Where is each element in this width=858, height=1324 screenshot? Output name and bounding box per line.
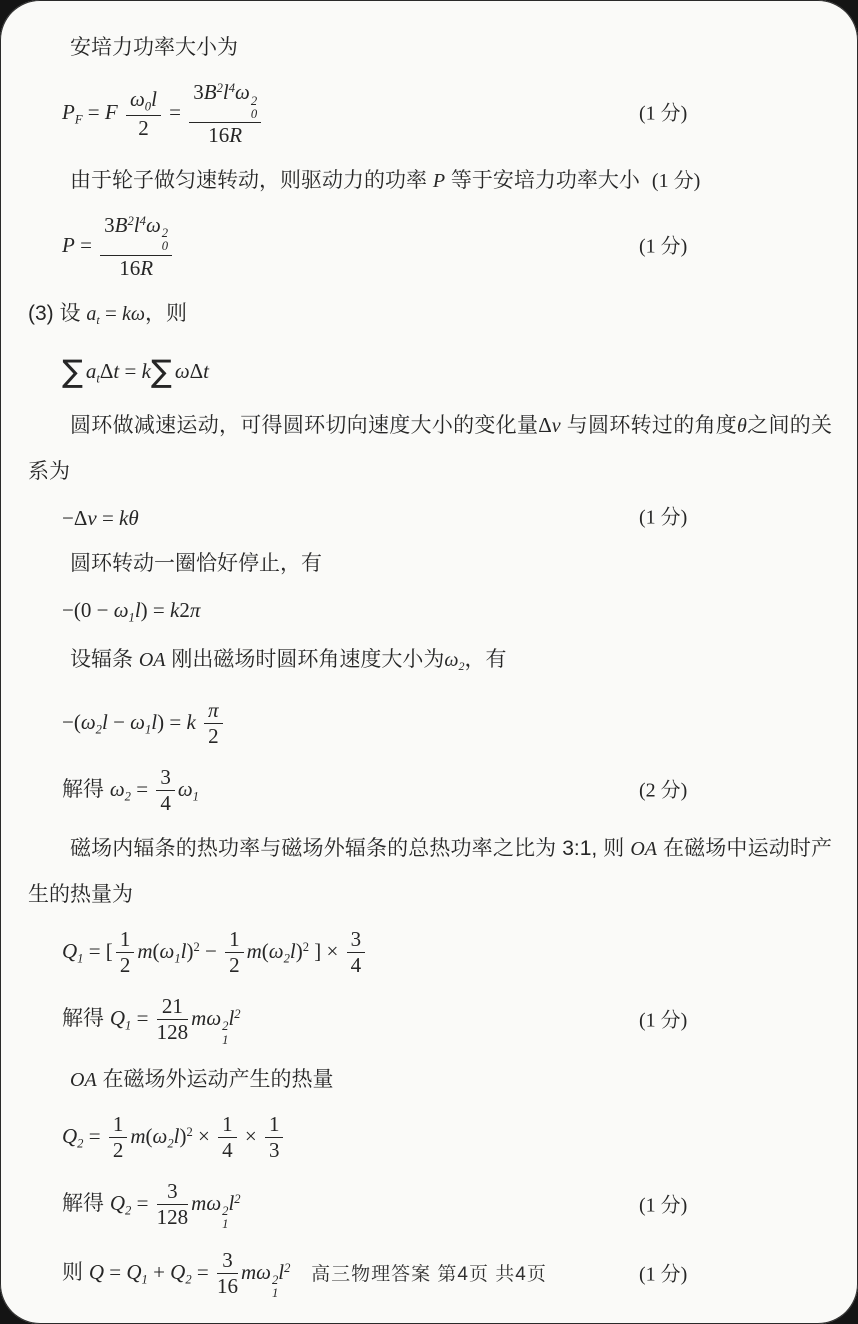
text-run: 解得 <box>62 1007 110 1030</box>
fraction: ω0l2 <box>126 88 161 140</box>
math-run: −Δ <box>62 506 87 530</box>
math-run: = <box>164 100 186 124</box>
math-run: Δ <box>190 359 204 383</box>
math-var: at <box>86 359 100 383</box>
math-var: m <box>130 1124 145 1148</box>
math-var: B2 <box>204 80 223 104</box>
score-badge: (1 分) <box>639 506 687 531</box>
score-badge: (1 分) <box>639 1008 687 1033</box>
math-var: Q2 <box>110 1191 131 1215</box>
math-var: m <box>191 1191 206 1215</box>
math-run: 3 <box>193 80 204 104</box>
math-run: 1 <box>222 1112 233 1136</box>
text-run: 刚出磁场时圆环角速度大小为 <box>166 648 445 671</box>
text-run: 在磁场外运动产生的热量 <box>97 1068 334 1091</box>
formula-line: 解得 Q1 = 21128mω21l2(1 分) <box>62 988 832 1054</box>
math-run: 2 <box>138 116 149 140</box>
math-run: − <box>200 939 222 963</box>
text-run: 解得 <box>62 778 110 801</box>
math-var: kω <box>122 303 145 325</box>
math-run: 4 <box>351 953 362 977</box>
math-var: ω <box>175 359 190 383</box>
fraction: π2 <box>204 699 223 749</box>
math-var: Q2 <box>62 1124 83 1148</box>
math-run: = <box>119 359 141 383</box>
text-line: 圆环做减速运动，可得圆环切向速度大小的变化量Δv 与圆环转过的角度θ之间的关系为 <box>28 402 832 495</box>
math-run: = <box>75 233 97 257</box>
page-footer: 高三物理答案 第4页 共4页 <box>0 1259 858 1286</box>
math-var: θ <box>737 415 747 437</box>
math-run: = <box>131 1191 153 1215</box>
math-var: ω2 <box>152 1124 173 1148</box>
math-run: 128 <box>157 1205 189 1229</box>
text-run: 圆环转动一圈恰好停止，有 <box>70 552 322 575</box>
math-run: × <box>193 1124 215 1148</box>
math-var: PF <box>62 100 83 124</box>
math-run: )2 <box>179 1124 192 1148</box>
answer-content: 安培力功率大小为PF = F ω0l2 = 3B2l4ω2016R(1 分)由于… <box>28 22 832 1311</box>
math-run: 2 <box>120 953 131 977</box>
math-var: ω1 <box>159 939 180 963</box>
math-run: 3 <box>104 213 115 237</box>
math-var: ω2 <box>444 649 464 671</box>
math-run: 3 <box>167 1179 178 1203</box>
math-run: 128 <box>157 1020 189 1044</box>
text-run: 设辐条 <box>70 648 139 671</box>
math-run: ] × <box>309 939 344 963</box>
math-var: v <box>87 506 96 530</box>
math-var: m <box>137 939 152 963</box>
formula-line: −Δv = kθ(1 分) <box>62 498 832 538</box>
fraction: 3B2l4ω2016R <box>189 81 261 148</box>
formula-line: Q1 = [12m(ω1l)2 − 12m(ω2l)2 ] × 34 <box>62 921 832 985</box>
math-var: ω21 <box>206 1191 228 1215</box>
math-run: 1 <box>120 927 131 951</box>
math-var: Q1 <box>62 939 83 963</box>
score-badge: (1 分) <box>639 1193 687 1218</box>
text-run: 与圆环转过的角度 <box>561 414 737 437</box>
text-run: 磁场内辐条的热功率与磁场外辐条的总热功率之比为 3:1, 则 <box>70 837 630 860</box>
math-var: ω20 <box>146 213 168 237</box>
math-run: 2 <box>208 724 219 748</box>
formula-line: −(0 − ω1l) = k2π <box>62 590 832 633</box>
math-run: = <box>83 1124 105 1148</box>
math-run: 4 <box>222 1138 233 1162</box>
math-run: −( <box>62 710 81 734</box>
math-var: k <box>186 710 201 734</box>
math-run: 2 <box>179 598 190 622</box>
math-var: l4 <box>134 213 146 237</box>
fraction: 3B2l4ω2016R <box>100 214 172 281</box>
math-run: 16 <box>208 123 229 147</box>
math-run: 1 <box>113 1112 124 1136</box>
math-var: t <box>203 359 209 383</box>
math-run: 21 <box>162 994 183 1018</box>
math-run: Δ <box>538 413 552 437</box>
math-var: l2 <box>228 1006 240 1030</box>
formula-line: ∑atΔt = k∑ωΔt <box>62 346 832 399</box>
text-line: 安培力功率大小为 <box>28 25 832 71</box>
math-run: 16 <box>119 256 140 280</box>
text-line: 由于轮子做匀速转动，则驱动力的功率 P 等于安培力功率大小(1 分) <box>28 158 832 204</box>
score-badge: (1 分) <box>639 234 687 259</box>
math-run: = <box>97 506 119 530</box>
fraction: 3128 <box>157 1180 189 1230</box>
math-var: ω1 <box>114 598 135 622</box>
text-run: (3) 设 <box>28 302 86 325</box>
math-var: k <box>170 598 179 622</box>
fraction: 13 <box>265 1113 284 1163</box>
fraction: 12 <box>225 928 244 978</box>
math-var: F <box>105 100 123 124</box>
math-var: v <box>552 415 561 437</box>
fraction: 12 <box>116 928 135 978</box>
answer-sheet-page: 安培力功率大小为PF = F ω0l2 = 3B2l4ω2016R(1 分)由于… <box>0 0 858 1324</box>
math-run: 3 <box>160 765 171 789</box>
math-run: ) = <box>141 598 170 622</box>
math-var: OA <box>630 838 657 860</box>
math-var: ω0 <box>130 87 151 111</box>
math-run: 2 <box>113 1138 124 1162</box>
math-run: = [ <box>83 939 112 963</box>
math-run: Δ <box>100 359 114 383</box>
text-run: 等于安培力功率大小 <box>445 169 640 192</box>
math-var: ω1 <box>130 710 151 734</box>
text-run: ，则 <box>145 302 187 325</box>
math-run: 3 <box>351 927 362 951</box>
text-run: 圆环做减速运动，可得圆环切向速度大小的变化量 <box>70 414 538 437</box>
math-var: OA <box>70 1069 97 1091</box>
formula-line: −(ω2l − ω1l) = k π2 <box>62 692 832 756</box>
fraction: 12 <box>109 1113 128 1163</box>
math-var: ω2 <box>81 710 102 734</box>
math-var: P <box>62 233 75 257</box>
fraction: 21128 <box>157 995 189 1045</box>
text-line: 磁场内辐条的热功率与磁场外辐条的总热功率之比为 3:1, 则 OA 在磁场中运动… <box>28 826 832 918</box>
math-var: Q1 <box>110 1006 131 1030</box>
score-badge: (1 分) <box>639 102 687 127</box>
summation-icon: ∑ <box>151 354 172 390</box>
math-run: = <box>83 100 105 124</box>
math-run: 4 <box>160 791 171 815</box>
math-var: OA <box>139 649 166 671</box>
text-run: 解得 <box>62 1192 110 1215</box>
fraction: 14 <box>218 1113 237 1163</box>
math-var: P <box>433 170 445 192</box>
math-run: )2 <box>296 939 309 963</box>
math-var: m <box>191 1006 206 1030</box>
math-var: B2 <box>115 213 134 237</box>
fraction: 34 <box>156 766 175 816</box>
math-var: l <box>151 87 157 111</box>
text-line: OA 在磁场外运动产生的热量 <box>28 1057 832 1103</box>
math-var: kθ <box>119 506 139 530</box>
text-run: ，有 <box>464 648 506 671</box>
math-run: = <box>100 301 122 325</box>
math-run: 1 <box>269 1112 280 1136</box>
math-run: 2 <box>229 953 240 977</box>
math-run: × <box>240 1124 262 1148</box>
score-badge: (2 分) <box>639 778 687 803</box>
score-badge: (1 分) <box>652 170 700 192</box>
math-var: π <box>208 698 219 722</box>
summation-icon: ∑ <box>62 354 83 390</box>
math-run: 3 <box>269 1138 280 1162</box>
math-var: l2 <box>228 1191 240 1215</box>
math-run: 1 <box>229 927 240 951</box>
formula-line: P = 3B2l4ω2016R(1 分) <box>62 207 832 288</box>
math-var: at <box>86 303 99 325</box>
formula-line: PF = F ω0l2 = 3B2l4ω2016R(1 分) <box>62 74 832 155</box>
formula-line: 解得 Q2 = 3128mω21l2(1 分) <box>62 1173 832 1239</box>
math-var: ω1 <box>178 777 199 801</box>
math-var: m <box>247 939 262 963</box>
math-run: )2 <box>186 939 199 963</box>
math-var: k <box>142 359 151 383</box>
math-var: ω20 <box>235 80 257 104</box>
math-run: ( <box>262 939 269 963</box>
math-var: l <box>290 939 296 963</box>
math-var: R <box>140 256 153 280</box>
fraction: 34 <box>347 928 366 978</box>
math-run: −(0 − <box>62 598 114 622</box>
text-run: 由于轮子做匀速转动，则驱动力的功率 <box>70 169 433 192</box>
math-run: ) = <box>157 710 186 734</box>
math-var: π <box>190 598 201 622</box>
math-var: ω2 <box>269 939 290 963</box>
math-var: R <box>229 123 242 147</box>
text-line: 圆环转动一圈恰好停止，有 <box>28 541 832 587</box>
formula-line: 解得 ω2 = 34ω1(2 分) <box>62 759 832 823</box>
math-var: ω21 <box>206 1006 228 1030</box>
math-var: ω2 <box>110 777 131 801</box>
text-line: 设辐条 OA 刚出磁场时圆环角速度大小为ω2，有 <box>28 637 832 689</box>
math-var: l4 <box>223 80 235 104</box>
math-run: − <box>108 710 130 734</box>
text-run: 安培力功率大小为 <box>70 36 238 59</box>
math-run: = <box>131 1006 153 1030</box>
text-line: (3) 设 at = kω，则 <box>28 290 832 343</box>
formula-line: Q2 = 12m(ω2l)2 × 14 × 13 <box>62 1106 832 1170</box>
math-run: = <box>131 777 153 801</box>
